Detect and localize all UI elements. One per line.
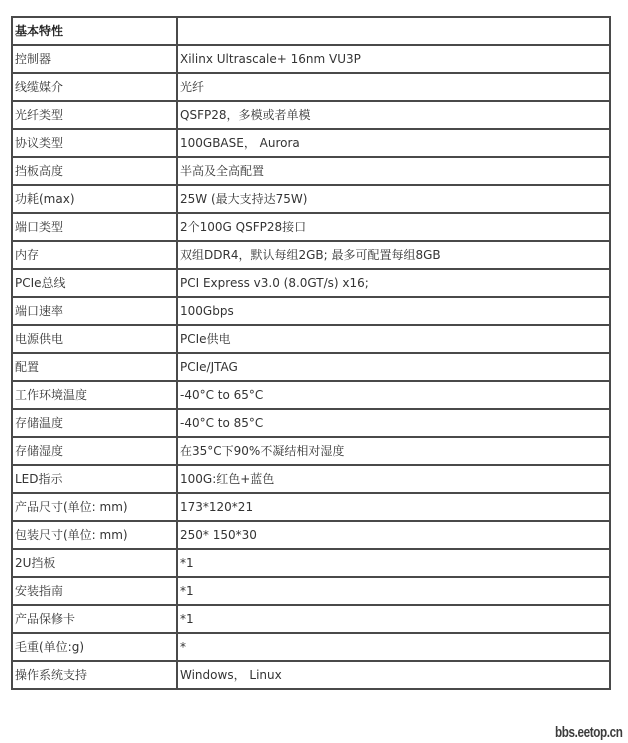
row-label: PCIe总线 — [12, 269, 177, 297]
table-row: 协议类型100GBASE， Aurora — [12, 129, 610, 157]
row-label: 功耗(max) — [12, 185, 177, 213]
table-row: 产品尺寸(单位: mm)173*120*21 — [12, 493, 610, 521]
row-value: -40°C to 85°C — [177, 409, 610, 437]
row-label: 光纤类型 — [12, 101, 177, 129]
row-value: 100Gbps — [177, 297, 610, 325]
row-label: 存储温度 — [12, 409, 177, 437]
table-row: 内存双组DDR4，默认每组2GB; 最多可配置每组8GB — [12, 241, 610, 269]
row-value: PCIe/JTAG — [177, 353, 610, 381]
table-row: 工作环境温度-40°C to 65°C — [12, 381, 610, 409]
row-label: 端口速率 — [12, 297, 177, 325]
table-row: 安装指南*1 — [12, 577, 610, 605]
row-value: * — [177, 633, 610, 661]
row-label: LED指示 — [12, 465, 177, 493]
row-label: 毛重(单位:g) — [12, 633, 177, 661]
row-value: 250* 150*30 — [177, 521, 610, 549]
table-row: 光纤类型QSFP28，多模或者单模 — [12, 101, 610, 129]
header-label: 基本特性 — [12, 17, 177, 45]
table-row: 2U挡板*1 — [12, 549, 610, 577]
table-row: 包装尺寸(单位: mm)250* 150*30 — [12, 521, 610, 549]
row-value: 173*120*21 — [177, 493, 610, 521]
row-label: 包装尺寸(单位: mm) — [12, 521, 177, 549]
row-label: 电源供电 — [12, 325, 177, 353]
row-label: 配置 — [12, 353, 177, 381]
table-row: 操作系统支持Windows， Linux — [12, 661, 610, 689]
row-value: PCI Express v3.0 (8.0GT/s) x16; — [177, 269, 610, 297]
row-label: 产品尺寸(单位: mm) — [12, 493, 177, 521]
table-row: 挡板高度半高及全高配置 — [12, 157, 610, 185]
table-row: 毛重(单位:g)* — [12, 633, 610, 661]
table-row: LED指示100G:红色+蓝色 — [12, 465, 610, 493]
spec-table: 基本特性 控制器Xilinx Ultrascale+ 16nm VU3P 线缆媒… — [11, 16, 611, 690]
row-value: *1 — [177, 549, 610, 577]
row-value: QSFP28，多模或者单模 — [177, 101, 610, 129]
header-value — [177, 17, 610, 45]
table-row: 端口类型2个100G QSFP28接口 — [12, 213, 610, 241]
row-value: Xilinx Ultrascale+ 16nm VU3P — [177, 45, 610, 73]
row-value: -40°C to 65°C — [177, 381, 610, 409]
row-label: 存储湿度 — [12, 437, 177, 465]
row-value: 25W (最大支持达75W) — [177, 185, 610, 213]
row-value: *1 — [177, 577, 610, 605]
table-row: 功耗(max)25W (最大支持达75W) — [12, 185, 610, 213]
row-value: 100G:红色+蓝色 — [177, 465, 610, 493]
row-label: 协议类型 — [12, 129, 177, 157]
row-label: 内存 — [12, 241, 177, 269]
row-label: 安装指南 — [12, 577, 177, 605]
table-row: 端口速率100Gbps — [12, 297, 610, 325]
row-value: 双组DDR4，默认每组2GB; 最多可配置每组8GB — [177, 241, 610, 269]
row-label: 2U挡板 — [12, 549, 177, 577]
row-label: 操作系统支持 — [12, 661, 177, 689]
table-row: 存储湿度在35°C下90%不凝结相对湿度 — [12, 437, 610, 465]
row-value: PCIe供电 — [177, 325, 610, 353]
table-row: 线缆媒介光纤 — [12, 73, 610, 101]
table-header-row: 基本特性 — [12, 17, 610, 45]
table-row: 存储温度-40°C to 85°C — [12, 409, 610, 437]
table-row: 产品保修卡*1 — [12, 605, 610, 633]
row-value: *1 — [177, 605, 610, 633]
row-value: 在35°C下90%不凝结相对湿度 — [177, 437, 610, 465]
table-row: PCIe总线PCI Express v3.0 (8.0GT/s) x16; — [12, 269, 610, 297]
row-label: 控制器 — [12, 45, 177, 73]
row-value: Windows， Linux — [177, 661, 610, 689]
row-label: 线缆媒介 — [12, 73, 177, 101]
watermark: bbs.eetop.cn — [556, 724, 623, 741]
row-value: 100GBASE， Aurora — [177, 129, 610, 157]
row-label: 工作环境温度 — [12, 381, 177, 409]
row-label: 挡板高度 — [12, 157, 177, 185]
table-row: 控制器Xilinx Ultrascale+ 16nm VU3P — [12, 45, 610, 73]
row-value: 2个100G QSFP28接口 — [177, 213, 610, 241]
table-row: 电源供电PCIe供电 — [12, 325, 610, 353]
row-value: 光纤 — [177, 73, 610, 101]
row-label: 端口类型 — [12, 213, 177, 241]
row-label: 产品保修卡 — [12, 605, 177, 633]
table-row: 配置PCIe/JTAG — [12, 353, 610, 381]
row-value: 半高及全高配置 — [177, 157, 610, 185]
